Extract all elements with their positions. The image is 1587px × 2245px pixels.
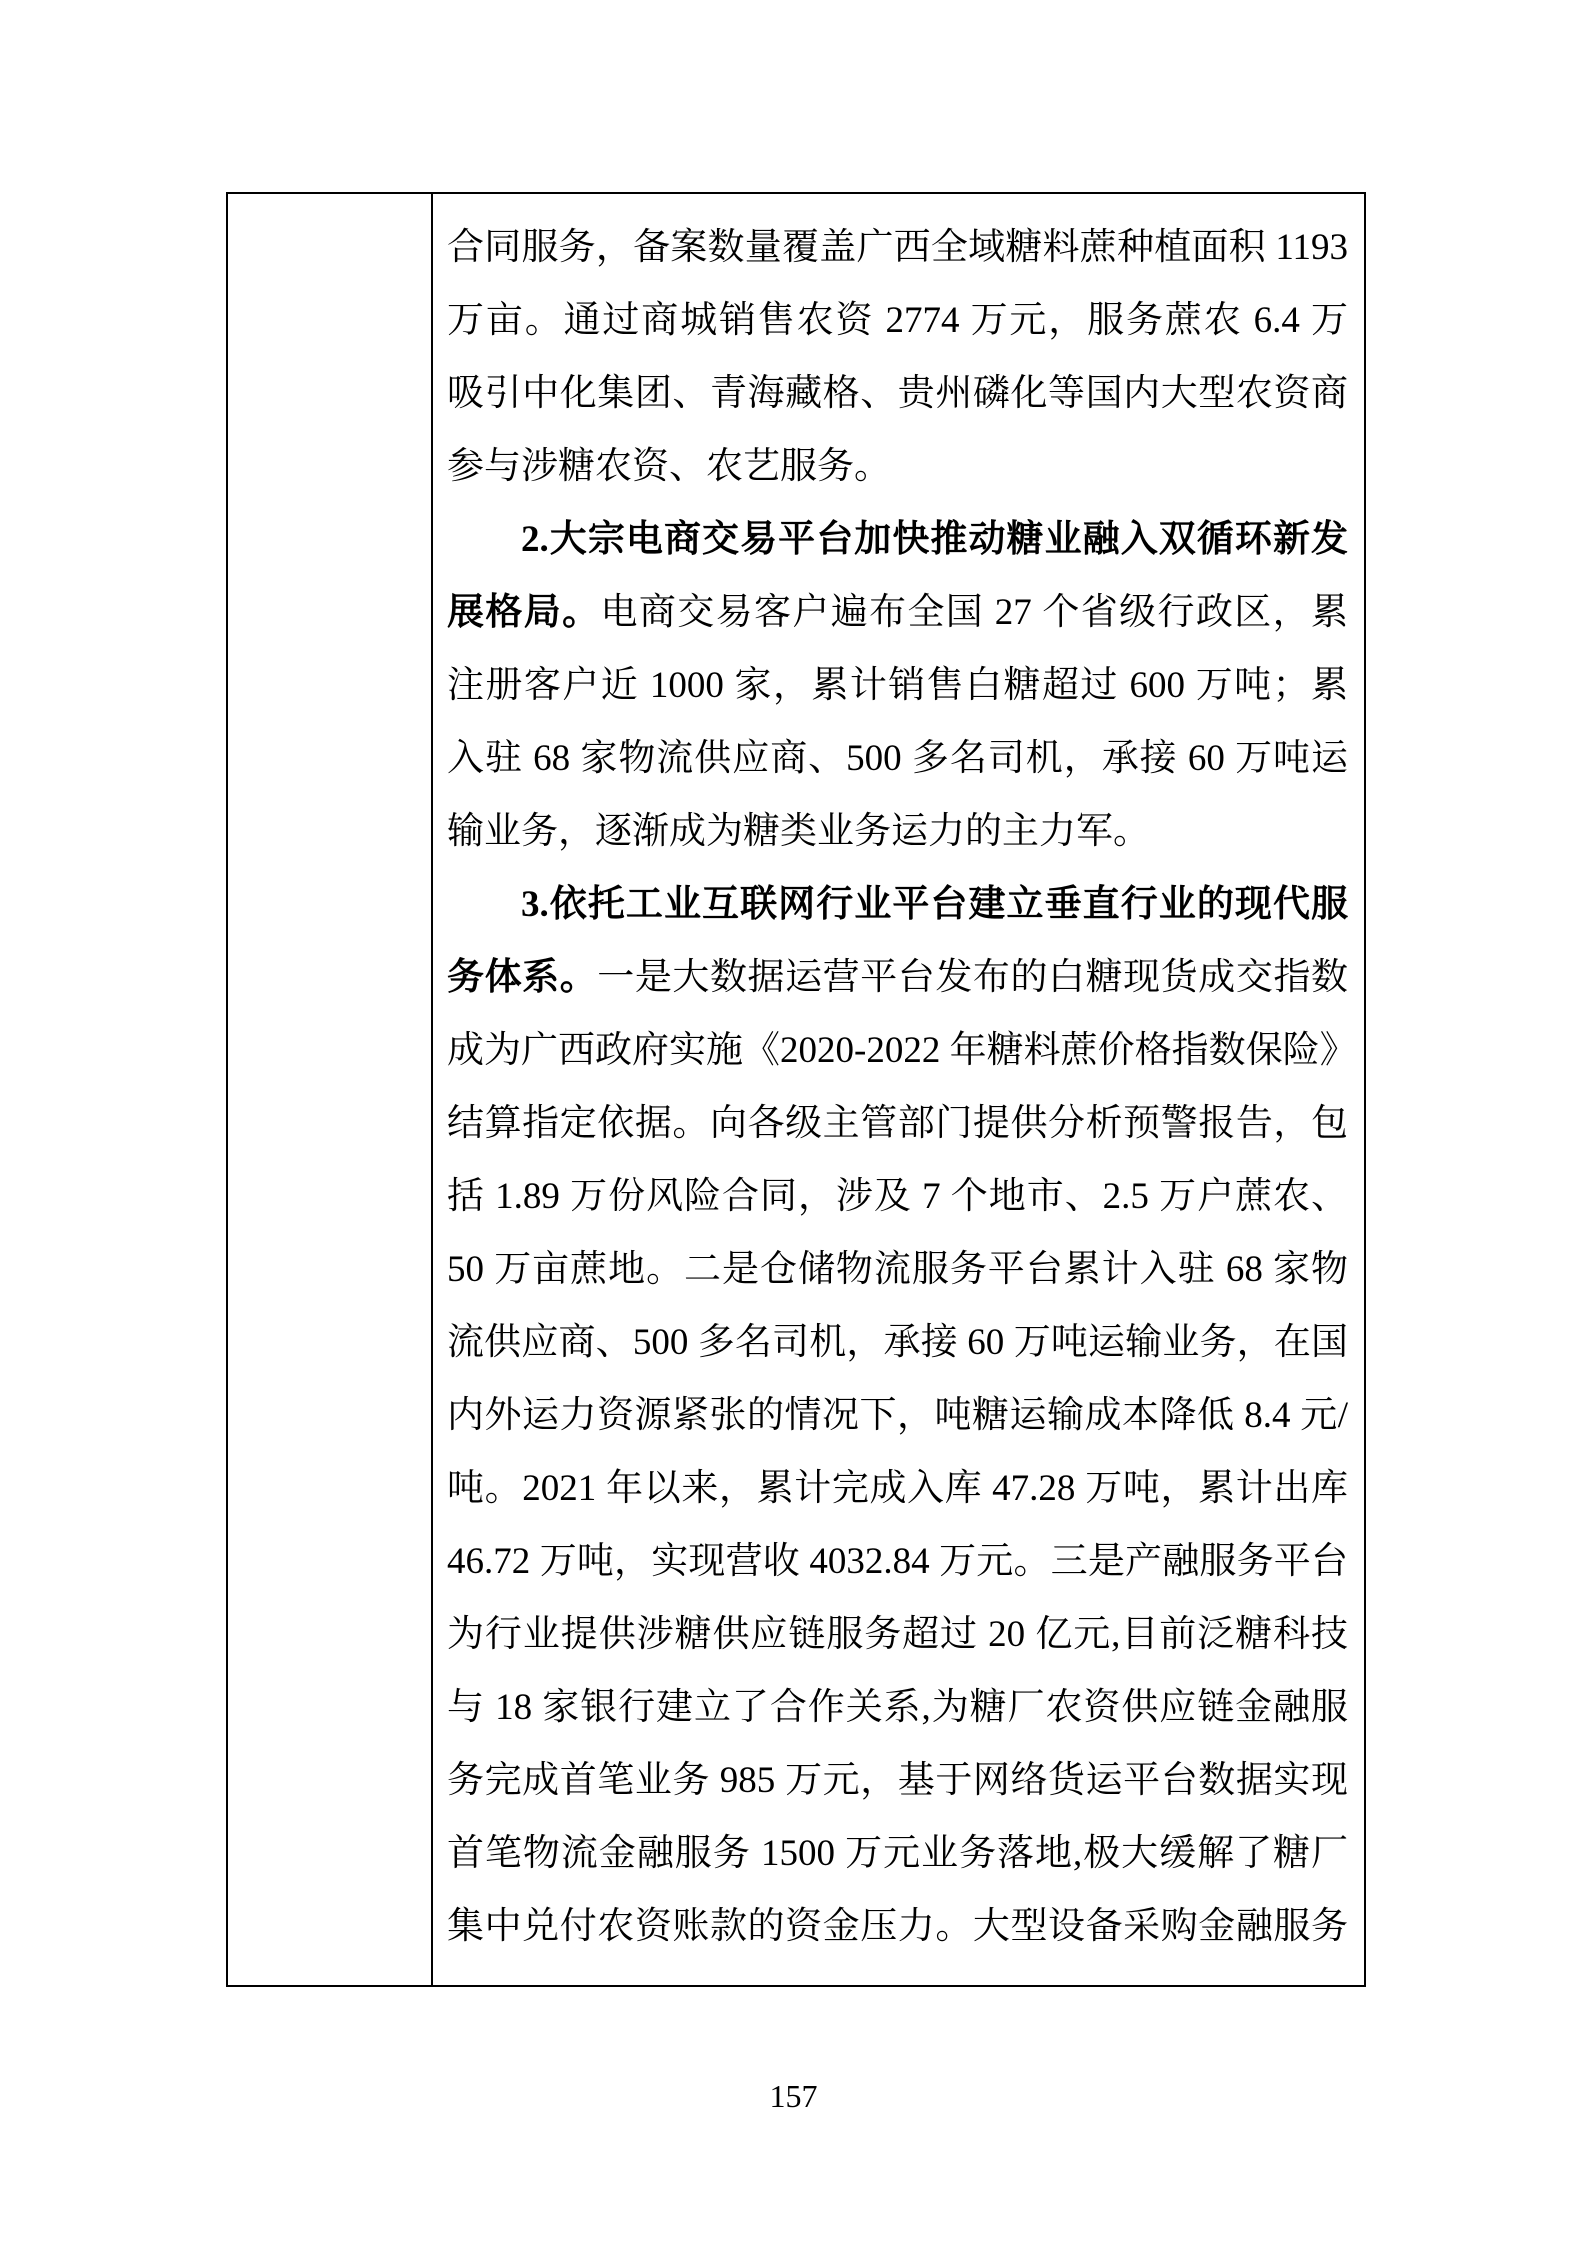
text-segment: 入驻 68 家物流供应商、500 多名司机，承接 60 万吨运 bbox=[447, 738, 1348, 779]
text-line: 万亩。通过商城销售农资 2774 万元，服务蔗农 6.4 万户， bbox=[447, 284, 1348, 357]
text-segment: 注册客户近 1000 家，累计销售白糖超过 600 万吨；累计 bbox=[447, 665, 1348, 722]
bold-text-segment: 3.依托工业互联网行业平台建立垂直行业的现代服 bbox=[521, 884, 1348, 925]
table-cell-body-text: 合同服务，备案数量覆盖广西全域糖料蔗种植面积 1193万亩。通过商城销售农资 2… bbox=[433, 194, 1364, 1985]
text-line: 注册客户近 1000 家，累计销售白糖超过 600 万吨；累计 bbox=[447, 649, 1348, 722]
text-line: 括 1.89 万份风险合同，涉及 7 个地市、2.5 万户蔗农、 bbox=[447, 1160, 1348, 1233]
text-line: 内外运力资源紧张的情况下，吨糖运输成本降低 8.4 元/ bbox=[447, 1379, 1348, 1452]
text-segment: 输业务，逐渐成为糖类业务运力的主力军。 bbox=[447, 811, 1150, 852]
text-line: 参与涉糖农资、农艺服务。 bbox=[447, 430, 1348, 503]
text-line: 流供应商、500 多名司机，承接 60 万吨运输业务，在国 bbox=[447, 1306, 1348, 1379]
bold-text-segment: 2.大宗电商交易平台加快推动糖业融入双循环新发 bbox=[521, 519, 1348, 560]
text-line: 46.72 万吨，实现营收 4032.84 万元。三是产融服务平台 bbox=[447, 1525, 1348, 1598]
text-line: 务体系。一是大数据运营平台发布的白糖现货成交指数 bbox=[447, 941, 1348, 1014]
text-segment: 内外运力资源紧张的情况下，吨糖运输成本降低 8.4 元/ bbox=[447, 1395, 1348, 1436]
text-segment: 集中兑付农资账款的资金压力。大型设备采购金融服务 bbox=[447, 1906, 1348, 1947]
text-line: 吸引中化集团、青海藏格、贵州磷化等国内大型农资商 bbox=[447, 357, 1348, 430]
text-line: 成为广西政府实施《2020-2022 年糖料蔗价格指数保险》 bbox=[447, 1014, 1348, 1087]
text-segment: 50 万亩蔗地。二是仓储物流服务平台累计入驻 68 家物 bbox=[447, 1249, 1348, 1290]
text-line: 首笔物流金融服务 1500 万元业务落地,极大缓解了糖厂 bbox=[447, 1817, 1348, 1890]
text-segment: 务完成首笔业务 985 万元，基于网络货运平台数据实现 bbox=[447, 1760, 1348, 1801]
report-table: 合同服务，备案数量覆盖广西全域糖料蔗种植面积 1193万亩。通过商城销售农资 2… bbox=[226, 192, 1366, 1987]
text-line: 展格局。电商交易客户遍布全国 27 个省级行政区，累计 bbox=[447, 576, 1348, 649]
text-segment: 与 18 家银行建立了合作关系,为糖厂农资供应链金融服 bbox=[447, 1687, 1348, 1728]
text-segment: 成为广西政府实施《2020-2022 年糖料蔗价格指数保险》 bbox=[447, 1030, 1348, 1071]
text-segment: 首笔物流金融服务 1500 万元业务落地,极大缓解了糖厂 bbox=[447, 1833, 1348, 1874]
page-number: 157 bbox=[0, 2076, 1587, 2116]
bold-text-segment: 展格局。 bbox=[447, 592, 600, 633]
table-cell-left-empty bbox=[228, 194, 433, 1985]
text-line: 入驻 68 家物流供应商、500 多名司机，承接 60 万吨运 bbox=[447, 722, 1348, 795]
text-segment: 46.72 万吨，实现营收 4032.84 万元。三是产融服务平台 bbox=[447, 1541, 1348, 1582]
bold-text-segment: 务体系。 bbox=[447, 957, 597, 998]
text-line: 3.依托工业互联网行业平台建立垂直行业的现代服 bbox=[447, 868, 1348, 941]
text-line: 集中兑付农资账款的资金压力。大型设备采购金融服务 bbox=[447, 1890, 1348, 1963]
text-segment: 一是大数据运营平台发布的白糖现货成交指数 bbox=[597, 957, 1348, 998]
text-segment: 结算指定依据。向各级主管部门提供分析预警报告，包 bbox=[447, 1103, 1348, 1144]
text-segment: 万亩。通过商城销售农资 2774 万元，服务蔗农 6.4 万户， bbox=[447, 300, 1348, 357]
text-line: 50 万亩蔗地。二是仓储物流服务平台累计入驻 68 家物 bbox=[447, 1233, 1348, 1306]
text-line: 为行业提供涉糖供应链服务超过 20 亿元,目前泛糖科技 bbox=[447, 1598, 1348, 1671]
text-segment: 参与涉糖农资、农艺服务。 bbox=[447, 446, 891, 487]
text-line: 输业务，逐渐成为糖类业务运力的主力军。 bbox=[447, 795, 1348, 868]
text-line: 吨。2021 年以来，累计完成入库 47.28 万吨，累计出库 bbox=[447, 1452, 1348, 1525]
text-segment: 合同服务，备案数量覆盖广西全域糖料蔗种植面积 1193 bbox=[447, 227, 1348, 268]
text-segment: 吸引中化集团、青海藏格、贵州磷化等国内大型农资商 bbox=[447, 373, 1348, 414]
text-line: 2.大宗电商交易平台加快推动糖业融入双循环新发 bbox=[447, 503, 1348, 576]
text-segment: 流供应商、500 多名司机，承接 60 万吨运输业务，在国 bbox=[447, 1322, 1348, 1363]
text-line: 与 18 家银行建立了合作关系,为糖厂农资供应链金融服 bbox=[447, 1671, 1348, 1744]
document-page: 合同服务，备案数量覆盖广西全域糖料蔗种植面积 1193万亩。通过商城销售农资 2… bbox=[0, 0, 1587, 2245]
text-line: 合同服务，备案数量覆盖广西全域糖料蔗种植面积 1193 bbox=[447, 211, 1348, 284]
text-line: 结算指定依据。向各级主管部门提供分析预警报告，包 bbox=[447, 1087, 1348, 1160]
text-segment: 吨。2021 年以来，累计完成入库 47.28 万吨，累计出库 bbox=[447, 1468, 1348, 1509]
text-segment: 括 1.89 万份风险合同，涉及 7 个地市、2.5 万户蔗农、 bbox=[447, 1176, 1348, 1217]
text-line: 务完成首笔业务 985 万元，基于网络货运平台数据实现 bbox=[447, 1744, 1348, 1817]
text-segment: 为行业提供涉糖供应链服务超过 20 亿元,目前泛糖科技 bbox=[447, 1614, 1348, 1655]
